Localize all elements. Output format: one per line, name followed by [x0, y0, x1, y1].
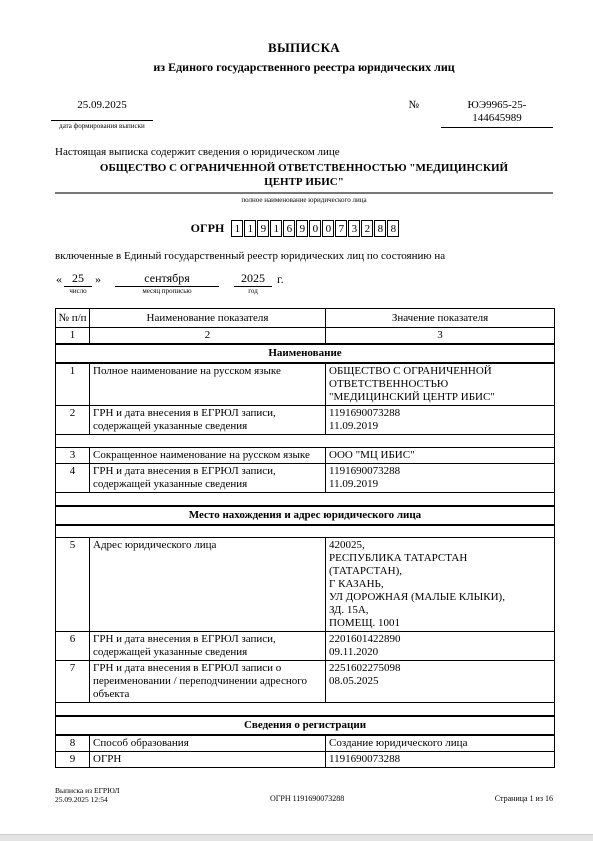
table-spacer-row	[56, 525, 555, 538]
ogrn-digit-box: 1	[231, 220, 243, 237]
month-field-label: месяц прописью	[115, 286, 219, 295]
footer-page-number: Страница 1 из 16	[495, 794, 553, 804]
row-value: 119169007328811.09.2019	[326, 464, 555, 493]
row-value-line: 1191690073288	[329, 753, 551, 766]
table-row: 7ГРН и дата внесения в ЕГРЮЛ записи о пе…	[56, 661, 555, 703]
day-field-label: число	[64, 286, 92, 295]
footer-ogrn: ОГРН 1191690073288	[270, 794, 344, 804]
table-spacer-cell	[56, 493, 555, 506]
header-row-number: № п/п	[56, 309, 90, 328]
table-row: 3Сокращенное наименование на русском язы…	[56, 448, 555, 464]
formation-date-block: 25.09.2025 дата формирования выписки	[51, 99, 153, 130]
ogrn-digit-box: 0	[322, 220, 334, 237]
row-value-line: 1191690073288	[329, 407, 551, 420]
ogrn-label: ОГРН	[191, 221, 225, 236]
document-subtitle: из Единого государственного реестра юрид…	[55, 60, 553, 75]
row-value: 225160227509808.05.2025	[326, 661, 555, 703]
ogrn-digit-boxes: 1191690073288	[231, 220, 399, 237]
row-label: ОГРН	[90, 751, 326, 767]
row-label: Адрес юридического лица	[90, 538, 326, 632]
ogrn-digit-box: 6	[283, 220, 295, 237]
row-value-line: УЛ ДОРОЖНАЯ (МАЛЫЕ КЛЫКИ),	[329, 591, 551, 604]
row-value-line: 09.11.2020	[329, 646, 551, 659]
header-indicator-name: Наименование показателя	[90, 309, 326, 328]
row-value-line: ОБЩЕСТВО С ОГРАНИЧЕННОЙ	[329, 365, 551, 378]
row-value-line: Создание юридического лица	[329, 737, 551, 750]
row-value-line: 420025,	[329, 539, 551, 552]
ogrn-digit-box: 9	[296, 220, 308, 237]
ogrn-digit-box: 8	[374, 220, 386, 237]
row-value: 119169007328811.09.2019	[326, 406, 555, 435]
row-value-line: "МЕДИЦИНСКИЙ ЦЕНТР ИБИС"	[329, 391, 551, 404]
as-of-year: 2025	[241, 271, 265, 285]
row-value-line: 2201601422890	[329, 633, 551, 646]
document-page: ВЫПИСКА из Единого государственного реес…	[55, 0, 553, 804]
ogrn-digit-box: 1	[270, 220, 282, 237]
egrul-table-body: Наименование1Полное наименование на русс…	[56, 344, 555, 767]
formation-date: 25.09.2025	[51, 99, 153, 121]
table-spacer-row	[56, 435, 555, 448]
row-value: Создание юридического лица	[326, 735, 555, 752]
footer-doc-type: Выписка из ЕГРЮЛ	[55, 786, 120, 795]
row-value: 220160142289009.11.2020	[326, 632, 555, 661]
ogrn-row: ОГРН 1191690073288	[37, 220, 553, 237]
viewer-bottom-bar	[0, 834, 593, 841]
table-section-title: Наименование	[56, 344, 555, 363]
as-of-month: сентября	[144, 271, 189, 285]
as-of-year-field: 2025 год	[234, 271, 272, 287]
ogrn-digit-box: 8	[387, 220, 399, 237]
row-number: 3	[56, 448, 90, 464]
row-number: 4	[56, 464, 90, 493]
row-value: 1191690073288	[326, 751, 555, 767]
row-value-line: РЕСПУБЛИКА ТАТАРСТАН	[329, 552, 551, 565]
table-section-row: Место нахождения и адрес юридического ли…	[56, 506, 555, 525]
table-header-row: № п/п Наименование показателя Значение п…	[56, 309, 555, 328]
table-row: 2ГРН и дата внесения в ЕГРЮЛ записи, сод…	[56, 406, 555, 435]
row-value: 420025,РЕСПУБЛИКА ТАТАРСТАН(ТАТАРСТАН),Г…	[326, 538, 555, 632]
ogrn-digit-box: 3	[348, 220, 360, 237]
row-value-line: 1191690073288	[329, 465, 551, 478]
row-number: 2	[56, 406, 90, 435]
company-name-block: ОБЩЕСТВО С ОГРАНИЧЕННОЙ ОТВЕТСТВЕННОСТЬЮ…	[55, 161, 553, 194]
egrul-table: № п/п Наименование показателя Значение п…	[55, 308, 555, 768]
ogrn-digit-box: 2	[361, 220, 373, 237]
close-quote: »	[95, 272, 101, 287]
table-section-title: Сведения о регистрации	[56, 716, 555, 735]
header-indicator-value: Значение показателя	[326, 309, 555, 328]
open-quote: «	[56, 272, 62, 287]
table-row: 1Полное наименование на русском языкеОБЩ…	[56, 363, 555, 406]
table-spacer-cell	[56, 703, 555, 716]
intro-line: Настоящая выписка содержит сведения о юр…	[55, 146, 553, 158]
row-number: 1	[56, 363, 90, 406]
table-row: 8Способ образованияСоздание юридического…	[56, 735, 555, 752]
table-spacer-row	[56, 703, 555, 716]
row-value: ОБЩЕСТВО С ОГРАНИЧЕННОЙОТВЕТСТВЕННОСТЬЮ"…	[326, 363, 555, 406]
row-number: 5	[56, 538, 90, 632]
extract-number-block: № ЮЭ9965-25- 144645989	[409, 99, 554, 130]
table-section-row: Наименование	[56, 344, 555, 363]
extract-number: ЮЭ9965-25- 144645989	[441, 99, 553, 128]
row-value: ООО "МЦ ИБИС"	[326, 448, 555, 464]
table-row: 5Адрес юридического лица420025,РЕСПУБЛИК…	[56, 538, 555, 632]
row-label: Полное наименование на русском языке	[90, 363, 326, 406]
row-label: ГРН и дата внесения в ЕГРЮЛ записи, соде…	[90, 632, 326, 661]
column-number: 2	[90, 328, 326, 345]
row-value-line: ОТВЕТСТВЕННОСТЬЮ	[329, 378, 551, 391]
as-of-day: 25	[72, 271, 84, 285]
footer-timestamp: 25.09.2025 12:54	[55, 795, 120, 804]
table-section-row: Сведения о регистрации	[56, 716, 555, 735]
ogrn-digit-box: 7	[335, 220, 347, 237]
table-row: 6ГРН и дата внесения в ЕГРЮЛ записи, сод…	[56, 632, 555, 661]
column-number: 1	[56, 328, 90, 345]
row-value-line: ЗД. 15А,	[329, 604, 551, 617]
ogrn-digit-box: 0	[309, 220, 321, 237]
row-label: ГРН и дата внесения в ЕГРЮЛ записи, соде…	[90, 464, 326, 493]
table-spacer-cell	[56, 525, 555, 538]
row-value-line: ПОМЕЩ. 1001	[329, 617, 551, 630]
ogrn-digit-box: 1	[244, 220, 256, 237]
meta-row: 25.09.2025 дата формирования выписки № Ю…	[55, 99, 553, 130]
table-spacer-row	[56, 493, 555, 506]
extract-number-line1: ЮЭ9965-25-	[441, 99, 553, 112]
row-label: ГРН и дата внесения в ЕГРЮЛ записи о пер…	[90, 661, 326, 703]
table-row: 4ГРН и дата внесения в ЕГРЮЛ записи, сод…	[56, 464, 555, 493]
row-value-line: 11.09.2019	[329, 420, 551, 433]
page-footer: Выписка из ЕГРЮЛ 25.09.2025 12:54 ОГРН 1…	[55, 786, 553, 804]
row-label: Сокращенное наименование на русском язык…	[90, 448, 326, 464]
year-suffix: г.	[277, 272, 284, 287]
number-sign: №	[409, 99, 420, 111]
row-value-line: (ТАТАРСТАН),	[329, 565, 551, 578]
extract-number-line2: 144645989	[441, 112, 553, 125]
table-row: 9ОГРН1191690073288	[56, 751, 555, 767]
row-value-line: 08.05.2025	[329, 675, 551, 688]
table-spacer-cell	[56, 435, 555, 448]
as-of-date-row: « 25 число » сентября месяц прописью 202…	[55, 271, 553, 287]
row-number: 8	[56, 735, 90, 752]
row-number: 7	[56, 661, 90, 703]
company-full-name: ОБЩЕСТВО С ОГРАНИЧЕННОЙ ОТВЕТСТВЕННОСТЬЮ…	[95, 161, 513, 189]
row-label: ГРН и дата внесения в ЕГРЮЛ записи, соде…	[90, 406, 326, 435]
table-section-title: Место нахождения и адрес юридического ли…	[56, 506, 555, 525]
row-value-line: 11.09.2019	[329, 478, 551, 491]
document-title: ВЫПИСКА	[55, 40, 553, 56]
row-label: Способ образования	[90, 735, 326, 752]
year-field-label: год	[234, 286, 272, 295]
column-number: 3	[326, 328, 555, 345]
row-value-line: ООО "МЦ ИБИС"	[329, 449, 551, 462]
row-number: 6	[56, 632, 90, 661]
as-of-month-field: сентября месяц прописью	[115, 271, 219, 287]
formation-date-label: дата формирования выписки	[51, 121, 153, 130]
row-number: 9	[56, 751, 90, 767]
included-line: включенные в Единый государственный реес…	[55, 250, 553, 262]
row-value-line: Г КАЗАНЬ,	[329, 578, 551, 591]
footer-doc-info: Выписка из ЕГРЮЛ 25.09.2025 12:54	[55, 786, 120, 804]
as-of-day-field: 25 число	[64, 271, 92, 287]
company-name-caption: полное наименование юридического лица	[55, 194, 553, 204]
ogrn-digit-box: 9	[257, 220, 269, 237]
row-value-line: 2251602275098	[329, 662, 551, 675]
column-numbers-row: 1 2 3	[56, 328, 555, 345]
extract-number-wrap: ЮЭ9965-25- 144645989	[441, 99, 553, 128]
